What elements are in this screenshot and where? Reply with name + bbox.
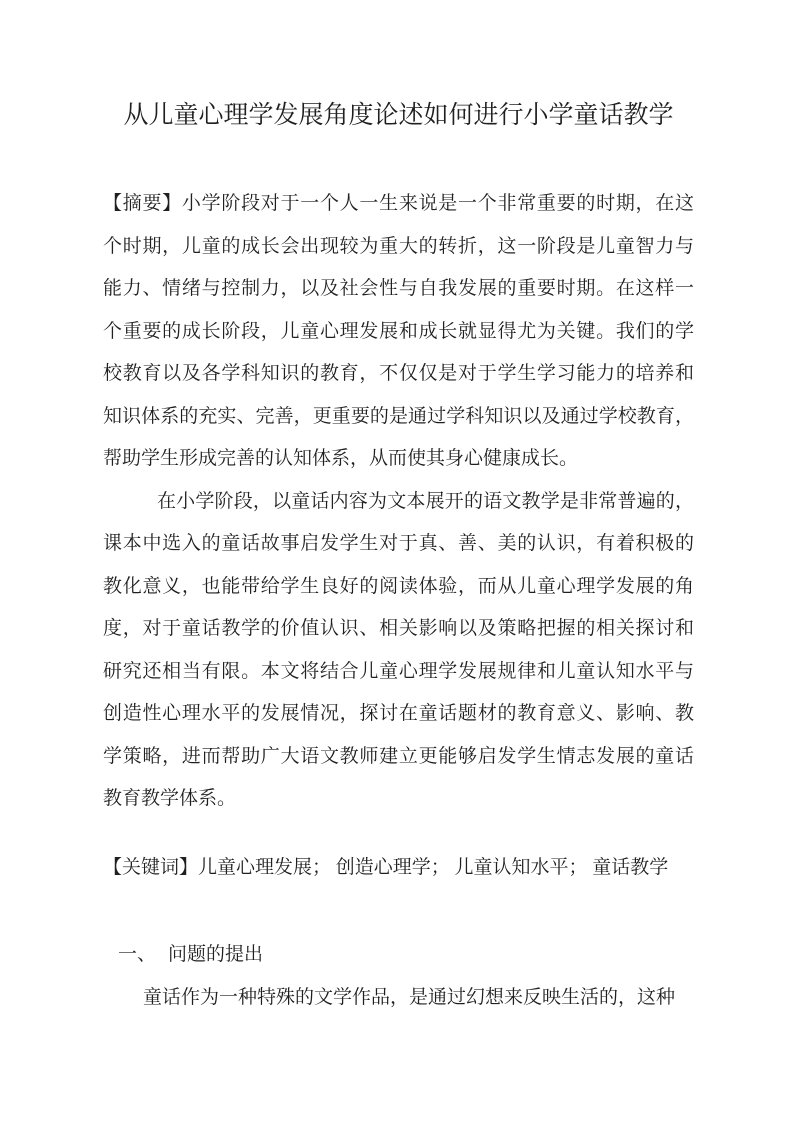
text-line: 在小学阶段，以童话内容为文本展开的语文教学是非常普遍的，: [103, 481, 694, 524]
document-page: 从儿童心理学发展角度论述如何进行小学童话教学 【摘要】小学阶段对于一个人一生来说…: [0, 0, 793, 1122]
document-content: 从儿童心理学发展角度论述如何进行小学童话教学 【摘要】小学阶段对于一个人一生来说…: [103, 0, 694, 1019]
text-line: 教化意义，也能带给学生良好的阅读体验，而从儿童心理学发展的角: [103, 566, 694, 609]
text-line: 帮助学生形成完善的认知体系，从而使其身心健康成长。: [103, 438, 694, 481]
text-line: 能力、情绪与控制力，以及社会性与自我发展的重要时期。在这样一: [103, 268, 694, 311]
text-line: 知识体系的充实、完善，更重要的是通过学科知识以及通过学校教育，: [103, 396, 694, 439]
text-line: 教育教学体系。: [103, 778, 694, 821]
text-line: 创造性心理水平的发展情况，探讨在童话题材的教育意义、影响、教: [103, 693, 694, 736]
text-line: 【摘要】小学阶段对于一个人一生来说是一个非常重要的时期，在这: [103, 183, 694, 226]
document-title: 从儿童心理学发展角度论述如何进行小学童话教学: [103, 0, 694, 133]
text-line: 个时期，儿童的成长会出现较为重大的转折，这一阶段是儿童智力与: [103, 226, 694, 269]
abstract-paragraph-2: 在小学阶段，以童话内容为文本展开的语文教学是非常普遍的，课本中选入的童话故事启发…: [103, 481, 694, 821]
keywords-line: 【关键词】儿童心理发展； 创造心理学； 儿童认知水平； 童话教学: [103, 847, 694, 890]
section-number: 一、: [118, 944, 156, 965]
section-title: 问题的提出: [168, 944, 263, 965]
section-paragraph: 童话作为一种特殊的文学作品，是通过幻想来反映生活的，这种: [103, 977, 694, 1020]
text-line: 课本中选入的童话故事启发学生对于真、善、美的认识，有着积极的: [103, 523, 694, 566]
text-line: 个重要的成长阶段，儿童心理发展和成长就显得尤为关键。我们的学: [103, 311, 694, 354]
abstract-paragraph: 【摘要】小学阶段对于一个人一生来说是一个非常重要的时期，在这个时期，儿童的成长会…: [103, 183, 694, 481]
text-line: 度，对于童话教学的价值认识、相关影响以及策略把握的相关探讨和: [103, 608, 694, 651]
text-line: 学策略，进而帮助广大语文教师建立更能够启发学生情志发展的童话: [103, 736, 694, 779]
text-line: 研究还相当有限。本文将结合儿童心理学发展规律和儿童认知水平与: [103, 651, 694, 694]
text-line: 童话作为一种特殊的文学作品，是通过幻想来反映生活的，这种: [103, 977, 694, 1020]
text-line: 校教育以及各学科知识的教育，不仅仅是对于学生学习能力的培养和: [103, 353, 694, 396]
section-heading: 一、问题的提出: [103, 934, 694, 977]
